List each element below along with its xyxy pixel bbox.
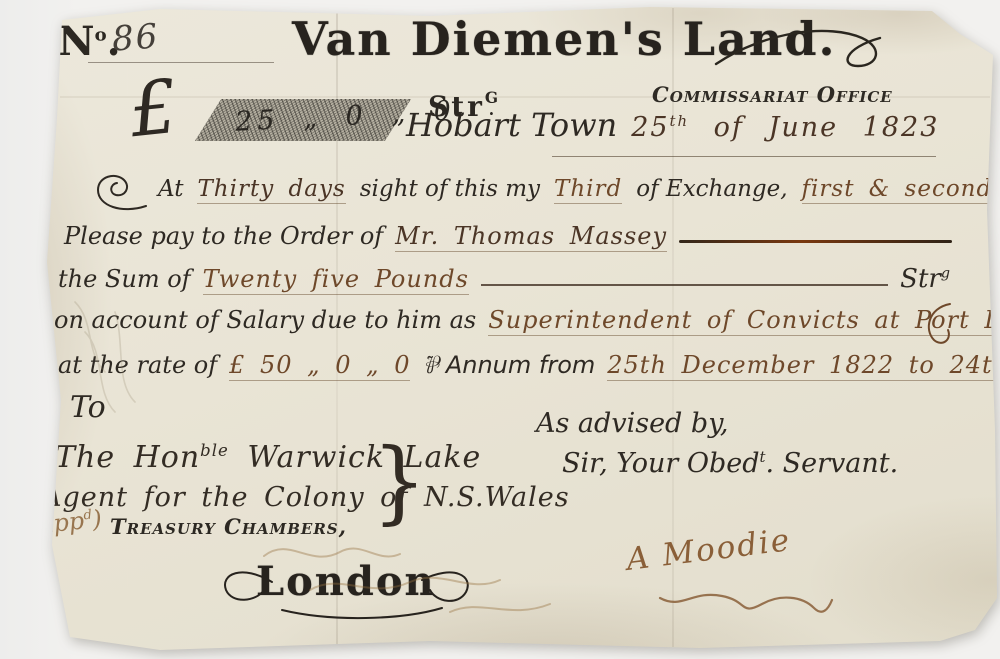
line4-end-flourish [922,300,956,348]
line1-handwritten-third: Third [554,176,622,204]
title-flourish [712,22,897,77]
sum-fill-rule [481,284,888,286]
body-line-5: at the rate of £ 50 „ 0 „ 0 ⅌ Annum from… [58,348,1000,381]
payee-fill-rule [679,240,952,243]
line1-handwritten-unpaid: first & second unpaid, [802,176,1000,204]
number-fill-rule [88,62,274,63]
scan-background: No. 86 Van Diemen's Land. Commissariat O… [0,0,1000,659]
signature-flourish [652,570,842,620]
line1-printed-sight: sight of this my [360,176,540,202]
body-line-4: on account of Salary due to him as Super… [54,306,1000,336]
line1-handwritten-sight-term: Thirty days [197,176,345,204]
line2-payee-name: Mr. Thomas Massey [395,222,667,252]
pound-symbol: £ [126,70,181,149]
salutation-line: Sir, Your Obedt. Servant. [562,448,898,479]
dateline: Hobart Town 25th of June 1823 [406,106,939,144]
document-paper-shadow: No. 86 Van Diemen's Land. Commissariat O… [0,0,1000,659]
opening-spiral-flourish [92,168,150,214]
advised-by-line: As advised by, [536,408,728,439]
faint-pencil-marks [55,292,155,432]
document-number-value: 86 [111,16,161,59]
number-label-sup: o [95,25,107,46]
line1-printed-at: At [158,176,183,202]
body-line-3: the Sum of Twenty five Pounds Strg [58,264,950,295]
body-line-2: Please pay to the Order of Mr. Thomas Ma… [64,222,952,252]
commissariat-office-heading: Commissariat Office [652,82,893,107]
addressee-role: Agent for the Colony of N.S.Wales [42,482,570,513]
line5-printed-per-annum: ⅌ Annum from [422,348,595,381]
body-line-1: At Thirty days sight of this my Third of… [158,176,1000,204]
line3-sterling: Strg [900,264,950,294]
addressee-brace: } [372,430,427,535]
place-name: Hobart Town [406,106,617,144]
approval-note: Appd) [35,505,103,540]
line2-printed-order: Please pay to the Order of [64,222,383,250]
line5-rate-amount: £ 50 „ 0 „ 0 [229,351,410,381]
handwritten-date: 25th of June 1823 [631,112,939,143]
date-fill-rule [552,156,936,157]
line5-period-dates: 25th December 1822 to 24th June [607,351,1000,381]
line1-printed-exchange: of Exchange, [636,176,787,202]
line3-printed-sum: the Sum of [58,265,191,293]
line3-amount-words: Twenty five Pounds [203,265,469,295]
faint-ink-scribble [250,528,570,628]
bill-of-exchange-document: No. 86 Van Diemen's Land. Commissariat O… [0,0,1000,659]
number-label-n: N [58,18,95,65]
